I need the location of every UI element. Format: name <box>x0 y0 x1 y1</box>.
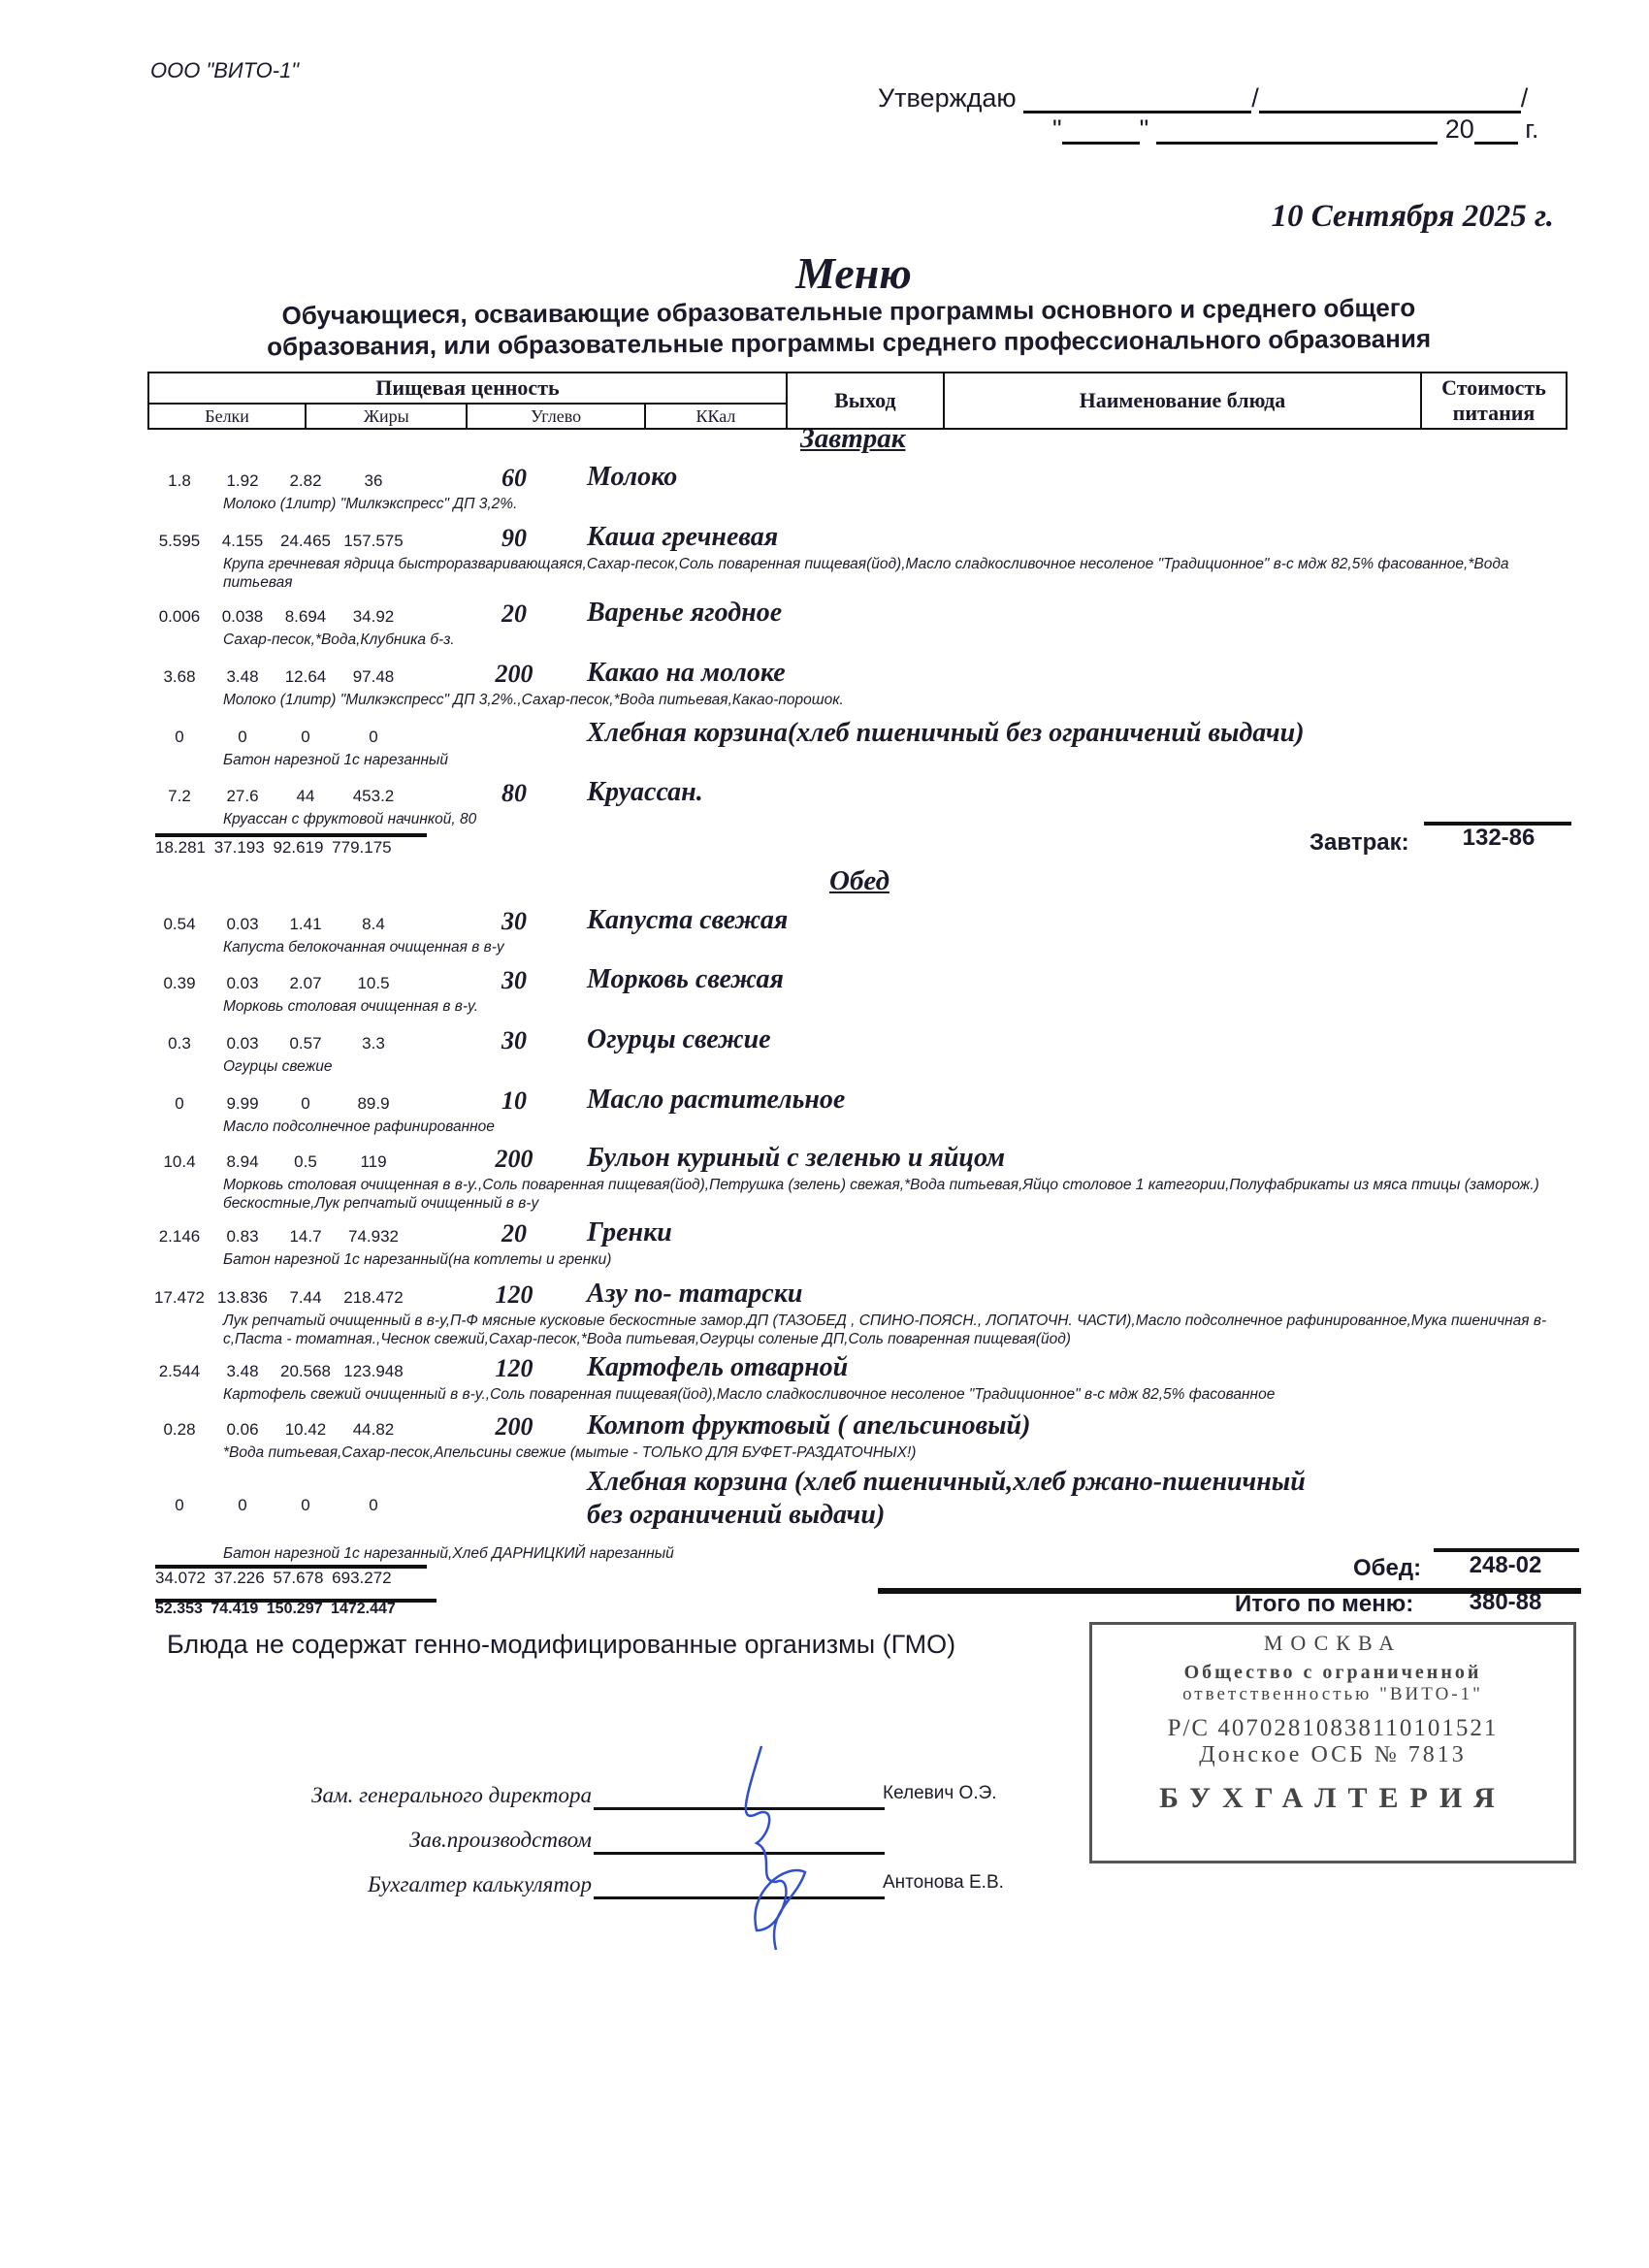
protein-value: 10.4 <box>145 1152 213 1172</box>
approve-day-line <box>1062 118 1140 145</box>
dish-name: Круассан. <box>587 777 703 808</box>
grand-total-label: Итого по меню: <box>1235 1591 1413 1618</box>
kcal-value: 119 <box>339 1152 407 1172</box>
carbs-value: 2.07 <box>272 974 339 993</box>
yield-value: 30 <box>475 907 553 936</box>
kcal-value: 10.5 <box>339 974 407 993</box>
protein-value: 1.8 <box>145 471 213 491</box>
lunch-sum-label: Обед: <box>1353 1555 1421 1582</box>
dish-ingredients: *Вода питьевая,Сахар-песок,Апельсины све… <box>223 1443 1581 1462</box>
kcal-value: 74.932 <box>339 1227 407 1247</box>
dish-name: Хлебная корзина(хлеб пшеничный без огран… <box>587 718 1305 749</box>
fat-value: 27.6 <box>209 787 276 806</box>
yield-value: 120 <box>475 1354 553 1383</box>
carbs-value: 0 <box>272 728 339 747</box>
carbs-header: Углево <box>467 404 645 429</box>
dish-ingredients: Молоко (1литр) "Милкэкспресс" ДП 3,2%.,С… <box>223 691 1581 709</box>
carbs-value: 0.5 <box>272 1152 339 1172</box>
protein-value: 0.39 <box>145 974 213 993</box>
kcal-value: 97.48 <box>339 667 407 687</box>
kcal-value: 36 <box>339 471 407 491</box>
protein-header: Белки <box>148 404 306 429</box>
dish-ingredients: Огурцы свежие <box>223 1057 1581 1076</box>
protein-value: 17.472 <box>145 1288 213 1308</box>
dish-ingredients: Молоко (1литр) "Милкэкспресс" ДП 3,2%. <box>223 495 1581 513</box>
fat-header: Жиры <box>306 404 467 429</box>
protein-value: 0.28 <box>145 1420 213 1440</box>
yield-value: 20 <box>475 599 553 629</box>
dish-name: Масло растительное <box>587 1085 845 1116</box>
kcal-value: 0 <box>339 728 407 747</box>
protein-value: 0.006 <box>145 607 213 627</box>
kcal-value: 34.92 <box>339 607 407 627</box>
handwritten-signature <box>718 1736 873 1960</box>
protein-value: 0.3 <box>145 1034 213 1053</box>
signature-name: Антонова Е.В. <box>883 1872 1004 1894</box>
fat-value: 0.83 <box>209 1227 276 1247</box>
yield-value: 200 <box>475 660 553 689</box>
dish-name: Гренки <box>587 1217 672 1248</box>
kcal-value: 453.2 <box>339 787 407 806</box>
yield-value: 90 <box>475 524 553 553</box>
fat-value: 3.48 <box>209 667 276 687</box>
dish-ingredients: Лук репчатый очищенный в в-у,П-Ф мясные … <box>223 1312 1581 1348</box>
stamp-line-2: ответственностью "ВИТО-1" <box>1092 1684 1573 1705</box>
kcal-value: 3.3 <box>339 1034 407 1053</box>
stamp-department: БУХГАЛТЕРИЯ <box>1092 1782 1573 1815</box>
dish-name: Азу по- татарски <box>587 1279 802 1310</box>
dish-ingredients: Круассан с фруктовой начинкой, 80 <box>223 810 1581 828</box>
yield-header: Выход <box>787 373 944 429</box>
kcal-value: 123.948 <box>339 1362 407 1381</box>
gmo-note: Блюда не содержат генно-модифицированные… <box>167 1630 955 1660</box>
menu-date: 10 Сентября 2025 г. <box>1271 199 1554 235</box>
fat-value: 0 <box>209 1496 276 1515</box>
menu-table-header: Пищевая ценность Выход Наименование блюд… <box>147 372 1568 430</box>
protein-value: 0 <box>145 728 213 747</box>
protein-value: 0 <box>145 1496 213 1515</box>
page-subtitle: Обучающиеся, осваивающие образовательные… <box>194 291 1503 362</box>
protein-value: 5.595 <box>145 532 213 551</box>
stamp-city: МОСКВА <box>1092 1631 1573 1656</box>
dish-ingredients: Картофель свежий очищенный в в-у.,Соль п… <box>223 1385 1581 1404</box>
kcal-value: 44.82 <box>339 1420 407 1440</box>
protein-value: 0.54 <box>145 915 213 934</box>
fat-value: 13.836 <box>209 1288 276 1308</box>
fat-value: 4.155 <box>209 532 276 551</box>
dish-name-continued: без ограничений выдачи) <box>587 1500 885 1531</box>
signature-row: Зав.производством <box>242 1820 1018 1859</box>
kcal-value: 0 <box>339 1496 407 1515</box>
dish-name: Варенье ягодное <box>587 598 782 629</box>
stamp-account: Р/С 40702810838110101521 <box>1092 1715 1573 1742</box>
carbs-value: 12.64 <box>272 667 339 687</box>
nutrition-header: Пищевая ценность <box>148 373 787 404</box>
dish-name: Какао на молоке <box>587 658 786 689</box>
approve-signature-line <box>1023 87 1251 113</box>
carbs-value: 20.568 <box>272 1362 339 1381</box>
dish-name: Картофель отварной <box>587 1352 848 1383</box>
yield-value: 80 <box>475 779 553 808</box>
carbs-value: 24.465 <box>272 532 339 551</box>
dish-ingredients: Крупа гречневая ядрица быстроразваривающ… <box>223 555 1581 592</box>
lunch-nutrition-totals: 34.072 37.226 57.678 693.272 <box>155 1569 392 1588</box>
dish-ingredients: Батон нарезной 1с нарезанный(на котлеты … <box>223 1250 1581 1269</box>
carbs-value: 1.41 <box>272 915 339 934</box>
lunch-sum-value: 248-02 <box>1433 1552 1578 1579</box>
carbs-value: 2.82 <box>272 471 339 491</box>
dish-ingredients: Сахар-песок,*Вода,Клубника б-з. <box>223 631 1581 649</box>
carbs-value: 44 <box>272 787 339 806</box>
yield-value: 30 <box>475 1026 553 1055</box>
approve-name-line <box>1259 87 1521 113</box>
approval-block: Утверждаю // <box>878 83 1528 113</box>
dish-name: Морковь свежая <box>587 964 784 995</box>
stamp-bank: Донское ОСБ № 7813 <box>1092 1742 1573 1768</box>
dish-ingredients: Морковь столовая очищенная в в-у.,Соль п… <box>223 1176 1581 1213</box>
cost-header: Стоимость питания <box>1421 373 1567 429</box>
yield-value: 20 <box>475 1219 553 1248</box>
approval-date-block: "" 20 г. <box>1052 114 1538 145</box>
yield-value: 200 <box>475 1412 553 1442</box>
signature-role: Зав.производством <box>409 1828 592 1853</box>
dish-name: Каша гречневая <box>587 522 778 553</box>
fat-value: 8.94 <box>209 1152 276 1172</box>
kcal-value: 89.9 <box>339 1094 407 1114</box>
fat-value: 0.06 <box>209 1420 276 1440</box>
dish-name: Огурцы свежие <box>587 1024 771 1055</box>
fat-value: 3.48 <box>209 1362 276 1381</box>
dish-name: Капуста свежая <box>587 905 788 936</box>
yield-value: 10 <box>475 1086 553 1116</box>
kcal-value: 157.575 <box>339 532 407 551</box>
breakfast-sum-value: 132-86 <box>1426 825 1571 852</box>
carbs-value: 10.42 <box>272 1420 339 1440</box>
dish-name-header: Наименование блюда <box>944 373 1421 429</box>
fat-value: 0.038 <box>209 607 276 627</box>
yield-value: 30 <box>475 966 553 995</box>
company-stamp: МОСКВА Общество с ограниченной ответстве… <box>1089 1622 1576 1863</box>
approve-label: Утверждаю <box>878 83 1017 113</box>
signature-role: Зам. генерального директора <box>311 1783 592 1808</box>
approve-year: 20 <box>1445 114 1474 144</box>
fat-value: 0.03 <box>209 974 276 993</box>
fat-value: 0.03 <box>209 915 276 934</box>
yield-value: 200 <box>475 1145 553 1174</box>
lunch-section-title: Обед <box>829 865 889 897</box>
breakfast-total-rule <box>155 833 427 837</box>
signature-role: Бухгалтер калькулятор <box>368 1872 592 1897</box>
grand-nutrition-totals: 52.353 74.419 150.297 1472.447 <box>155 1601 396 1618</box>
carbs-value: 0 <box>272 1496 339 1515</box>
grand-total-value: 380-88 <box>1433 1589 1578 1616</box>
organization-name: ООО "ВИТО-1" <box>150 58 299 83</box>
fat-value: 1.92 <box>209 471 276 491</box>
protein-value: 2.146 <box>145 1227 213 1247</box>
approve-year-line <box>1474 118 1518 145</box>
approve-year-suffix: г. <box>1525 114 1538 144</box>
dish-name: Компот фруктовый ( апельсиновый) <box>587 1410 1030 1442</box>
approve-month-line <box>1156 118 1438 145</box>
carbs-value: 0.57 <box>272 1034 339 1053</box>
dish-ingredients: Масло подсолнечное рафинированное <box>223 1118 1581 1136</box>
breakfast-section-title: Завтрак <box>800 423 905 455</box>
carbs-value: 7.44 <box>272 1288 339 1308</box>
signature-row: Зам. генерального директораКелевич О.Э. <box>242 1775 1018 1814</box>
protein-value: 0 <box>145 1094 213 1114</box>
dish-ingredients: Батон нарезной 1с нарезанный <box>223 751 1581 769</box>
fat-value: 0 <box>209 728 276 747</box>
breakfast-nutrition-totals: 18.281 37.193 92.619 779.175 <box>155 838 392 858</box>
dish-name: Молоко <box>587 462 677 493</box>
dish-name: Хлебная корзина (хлеб пшеничный,хлеб ржа… <box>587 1467 1306 1498</box>
kcal-value: 218.472 <box>339 1288 407 1308</box>
fat-value: 9.99 <box>209 1094 276 1114</box>
yield-value: 120 <box>475 1280 553 1310</box>
yield-value: 60 <box>475 464 553 493</box>
carbs-value: 0 <box>272 1094 339 1114</box>
dish-ingredients: Капуста белокочанная очищенная в в-у <box>223 938 1581 956</box>
signature-name: Келевич О.Э. <box>883 1783 997 1804</box>
protein-value: 7.2 <box>145 787 213 806</box>
dish-ingredients: Морковь столовая очищенная в в-у. <box>223 997 1581 1016</box>
stamp-line-1: Общество с ограниченной <box>1092 1662 1573 1684</box>
carbs-value: 8.694 <box>272 607 339 627</box>
kcal-value: 8.4 <box>339 915 407 934</box>
breakfast-sum-label: Завтрак: <box>1309 829 1409 857</box>
fat-value: 0.03 <box>209 1034 276 1053</box>
carbs-value: 14.7 <box>272 1227 339 1247</box>
protein-value: 3.68 <box>145 667 213 687</box>
dish-name: Бульон куриный с зеленью и яйцом <box>587 1143 1005 1174</box>
protein-value: 2.544 <box>145 1362 213 1381</box>
kcal-header: ККал <box>645 404 787 429</box>
signature-row: Бухгалтер калькуляторАнтонова Е.В. <box>242 1864 1018 1903</box>
